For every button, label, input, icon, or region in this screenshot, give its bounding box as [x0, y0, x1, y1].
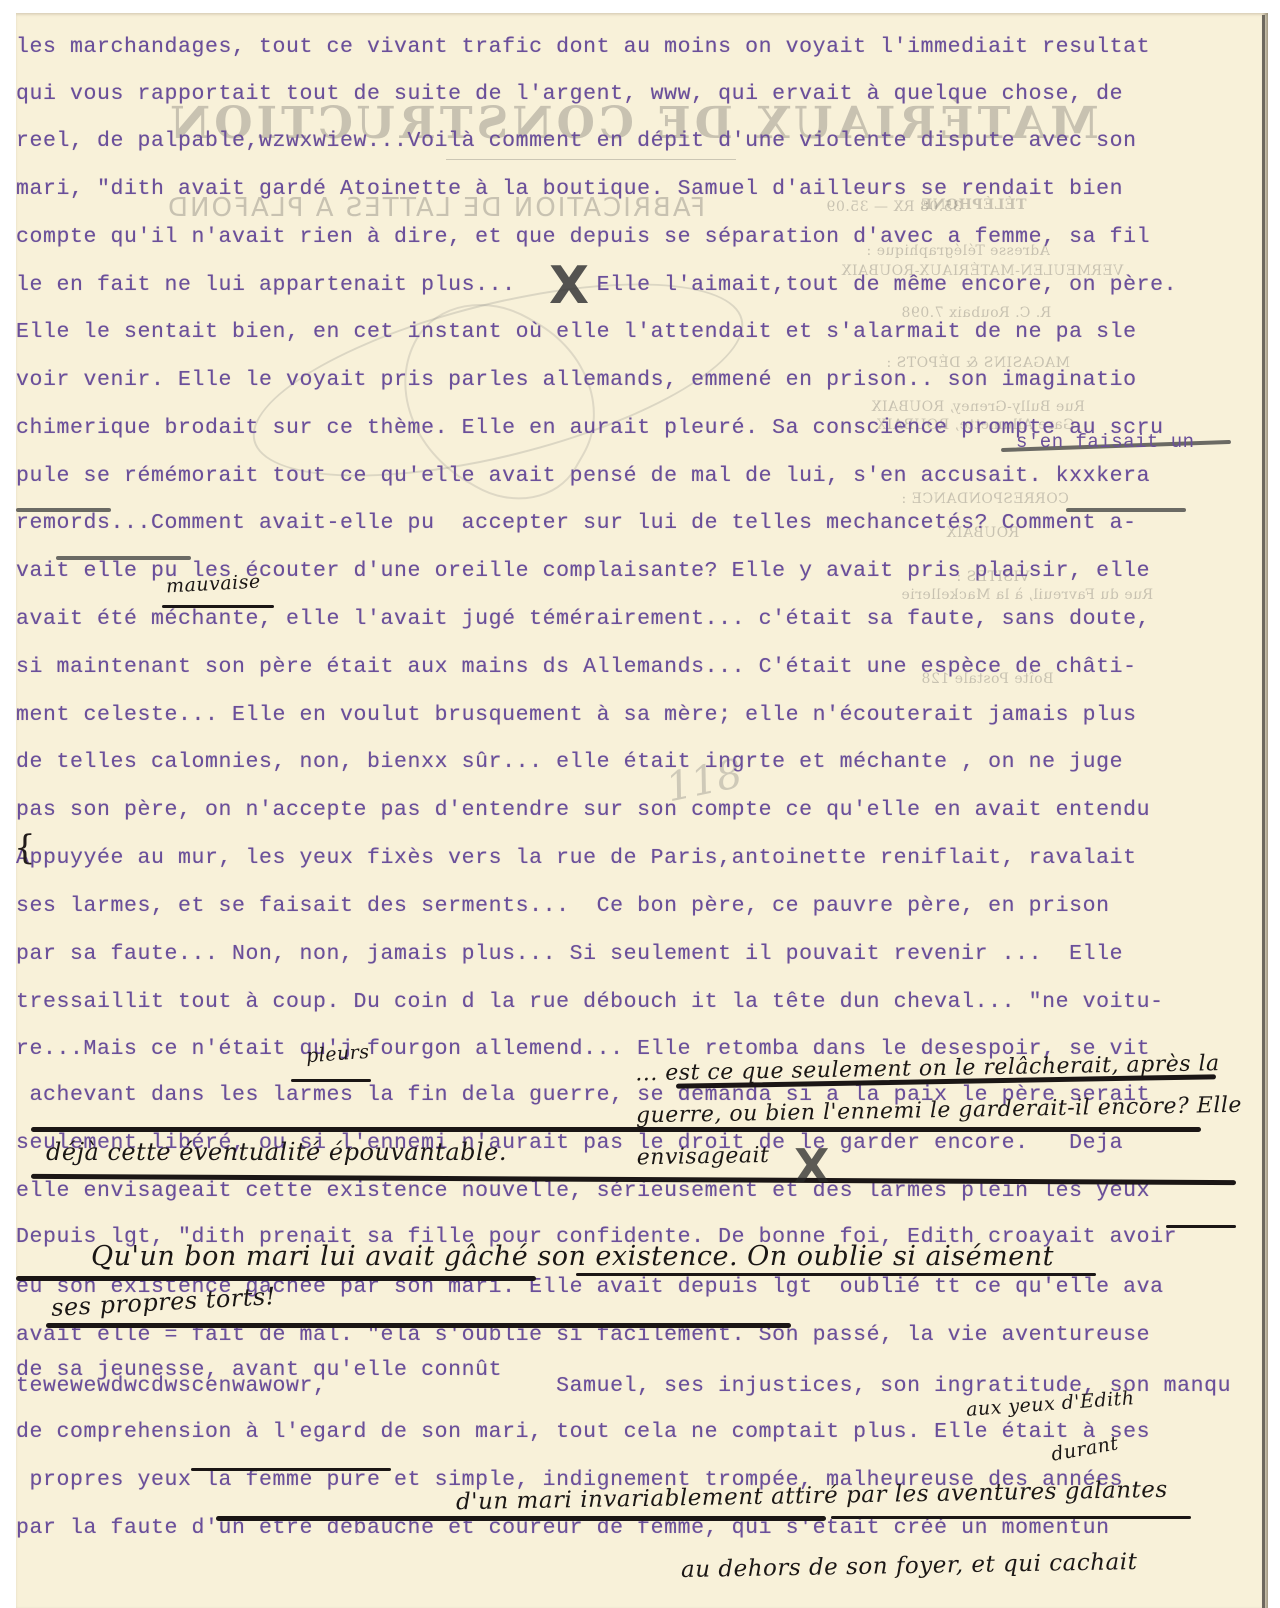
- letterhead-phone-numbers-ghost: 35.08 RX — 35.09: [826, 199, 962, 215]
- ink-strike-avoir: [1166, 1225, 1236, 1228]
- typed-line: avait été méchante, elle l'avait jugé té…: [16, 607, 1150, 631]
- typed-line: de comprehension à l'egard de son mari, …: [16, 1420, 1150, 1444]
- typed-line: le en fait ne lui appartenait plus... El…: [16, 273, 1177, 297]
- typed-line: voir venir. Elle le voyait pris parles a…: [16, 368, 1137, 392]
- annotation-au-dehors-de-son-foyer: au dehors de son foyer, et qui cachait: [681, 1549, 1138, 1583]
- manuscript-page: MATÉRIAUX DE CONSTRUCTION FABRICATION DE…: [16, 13, 1268, 1608]
- margin-bracket-mark: {: [16, 828, 36, 868]
- ink-strike-line-27a: [16, 1276, 536, 1281]
- pencil-x-mark: X: [549, 260, 589, 312]
- letterhead-correspondence-label-ghost: CORRESPONDANCE :: [901, 491, 1069, 507]
- pencil-strike-remords: [16, 508, 111, 512]
- annotation-sen-faisait-un: s'en faisait un: [1016, 431, 1195, 453]
- letterhead-depot1-ghost: Rue Bully-Greney, ROUBAIX: [871, 399, 1085, 415]
- typed-line: compte qu'il n'avait rien à dire, et que…: [16, 225, 1150, 249]
- typed-line: ses larmes, et se faisait des serments..…: [16, 894, 1110, 918]
- typed-line: par sa faute... Non, non, jamais plus...…: [16, 942, 1123, 966]
- annotation-pleurs: pleurs: [305, 1041, 370, 1067]
- page-edge: [1262, 15, 1265, 1608]
- pencil-strike-comment: [1066, 508, 1186, 512]
- typed-line: chimerique brodait sur ce thème. Elle en…: [16, 416, 1164, 440]
- annotation-est-ce-que: ... est ce que seulement on le relâchera…: [635, 1043, 1247, 1180]
- typed-line: pas son père, on n'accepte pas d'entendr…: [16, 798, 1150, 822]
- typed-line: de telles calomnies, non, bienxx sûr... …: [16, 750, 1123, 774]
- letterhead-registry-ghost: R. C. Roubaix 7.098: [901, 305, 1051, 321]
- typed-line: tressaillit tout à coup. Du coin d la ru…: [16, 990, 1164, 1014]
- letterhead-rule: [446, 159, 736, 160]
- ink-strike-handwritten: [191, 1468, 391, 1471]
- typed-line: mari, "dith avait gardé Atoinette à la b…: [16, 177, 1123, 201]
- pencil-strike-elle-pu: [56, 556, 191, 560]
- ink-strike-larmes: [291, 1079, 371, 1082]
- ink-strike-mechante: [162, 605, 274, 608]
- letterhead-visits-ghost: Rue du Favreuil, à la Mackellerie: [901, 587, 1153, 603]
- typed-line: ment celeste... Elle en voulut brusqueme…: [16, 703, 1137, 727]
- annotation-qu-un-bon-mari: Qu'un bon mari lui avait gâché son exist…: [91, 1241, 1054, 1272]
- typed-line: reel, de palpable,wzwxwiew...Voilà comme…: [16, 129, 1137, 153]
- typed-line: qui vous rapportait tout de suite de l'a…: [16, 82, 1123, 106]
- ink-strike-line-33: [216, 1516, 826, 1521]
- typed-line: Elle le sentait bien, en cet instant où …: [16, 320, 1137, 344]
- ink-strike-line-28: [46, 1323, 791, 1328]
- ink-strike-line-27b: [576, 1273, 1096, 1276]
- typed-line: Appuyyée au mur, les yeux fixès vers la …: [16, 846, 1137, 870]
- annotation-deja-cette-eventualite: déjà cette éventualité épouvantable.: [46, 1138, 507, 1166]
- typed-line: si maintenant son père était aux mains d…: [16, 655, 1137, 679]
- typed-line: pule se rémémorait tout ce qu'elle avait…: [16, 464, 1150, 488]
- ink-strike-line-33b: [831, 1516, 1191, 1519]
- annotation-mauvaise: mauvaise: [165, 571, 261, 598]
- typed-line: remords...Comment avait-elle pu accepter…: [16, 511, 1137, 535]
- typed-line: les marchandages, tout ce vivant trafic …: [16, 35, 1150, 59]
